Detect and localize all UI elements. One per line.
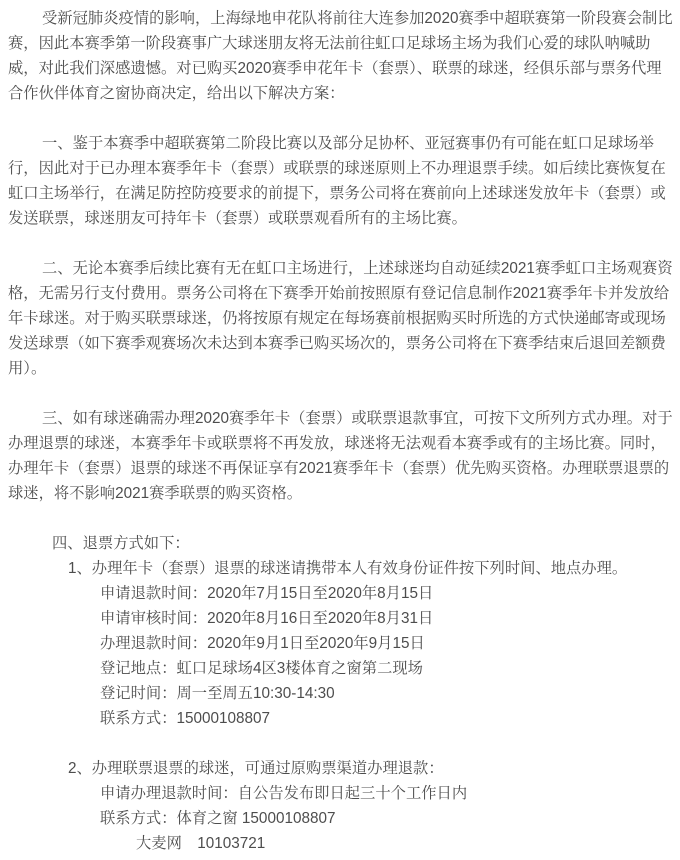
paragraph-item-two: 二、无论本赛季后续比赛有无在虹口主场进行，上述球迷均自动延续2021赛季虹口主场…: [8, 256, 672, 381]
refund-apply-period-2: 申请办理退款时间：自公告发布即日起三十个工作日内: [8, 781, 672, 806]
section-refund-methods: 四、退票方式如下： 1、办理年卡（套票）退票的球迷请携带本人有效身份证件按下列时…: [8, 531, 672, 856]
item-three-line-4: 球迷，将不影响2021赛季联票的购买资格。: [8, 481, 672, 506]
item-one-line-3: 虹口主场举行，在满足防控防疫要求的前提下，票务公司将在赛前向上述球迷发放年卡（套…: [8, 181, 672, 206]
intro-line-4: 合作伙伴体育之窗协商决定，给出以下解决方案：: [8, 81, 672, 106]
paragraph-intro: 受新冠肺炎疫情的影响，上海绿地申花队将前往大连参加2020赛季中超联赛第一阶段赛…: [8, 6, 672, 106]
contact-phone: 联系方式：15000108807: [8, 706, 672, 731]
announcement-document: 受新冠肺炎疫情的影响，上海绿地申花队将前往大连参加2020赛季中超联赛第一阶段赛…: [0, 0, 680, 860]
item-one-line-1: 一、鉴于本赛季中超联赛第二阶段比赛以及部分足协杯、亚冠赛事仍有可能在虹口足球场举: [8, 131, 672, 156]
item-three-line-2: 办理退票的球迷，本赛季年卡或联票将不再发放，球迷将无法观看本赛季或有的主场比赛。…: [8, 431, 672, 456]
review-period: 申请审核时间：2020年8月16日至2020年8月31日: [8, 606, 672, 631]
intro-line-1: 受新冠肺炎疫情的影响，上海绿地申花队将前往大连参加2020赛季中超联赛第一阶段赛…: [8, 6, 672, 31]
item-one-line-2: 行，因此对于已办理本赛季年卡（套票）或联票的球迷原则上不办理退票手续。如后续比赛…: [8, 156, 672, 181]
item-three-line-1: 三、如有球迷确需办理2020赛季年卡（套票）或联票退款事宜，可按下文所列方式办理…: [8, 406, 672, 431]
item-two-line-4: 发送球票（如下赛季观赛场次未达到本赛季已购买场次的，票务公司将在下赛季结束后退回…: [8, 331, 672, 356]
paragraph-item-three: 三、如有球迷确需办理2020赛季年卡（套票）或联票退款事宜，可按下文所列方式办理…: [8, 406, 672, 506]
intro-line-3: 威，对此我们深感遗憾。对已购买2020赛季申花年卡（套票）、联票的球迷，经俱乐部…: [8, 56, 672, 81]
item-one-line-4: 发送联票，球迷朋友可持年卡（套票）或联票观看所有的主场比赛。: [8, 206, 672, 231]
paragraph-item-one: 一、鉴于本赛季中超联赛第二阶段比赛以及部分足协杯、亚冠赛事仍有可能在虹口足球场举…: [8, 131, 672, 231]
sub-item-1-title: 1、办理年卡（套票）退票的球迷请携带本人有效身份证件按下列时间、地点办理。: [8, 556, 672, 581]
contact-damai: 大麦网 10103721: [8, 831, 672, 856]
registration-place: 登记地点：虹口足球场4区3楼体育之窗第二现场: [8, 656, 672, 681]
item-three-line-3: 办理年卡（套票）退票的球迷不再保证享有2021赛季年卡（套票）优先购买资格。办理…: [8, 456, 672, 481]
refund-apply-period: 申请退款时间：2020年7月15日至2020年8月15日: [8, 581, 672, 606]
registration-time: 登记时间：周一至周五10:30-14:30: [8, 681, 672, 706]
refund-process-period: 办理退款时间：2020年9月1日至2020年9月15日: [8, 631, 672, 656]
item-two-line-2: 格，无需另行支付费用。票务公司将在下赛季开始前按照原有登记信息制作2021赛季年…: [8, 281, 672, 306]
item-two-line-5: 用）。: [8, 356, 672, 381]
refund-methods-heading: 四、退票方式如下：: [8, 531, 672, 556]
item-two-line-3: 年卡球迷。对于购买联票球迷，仍将按原有规定在每场赛前根据购买时所选的方式快递邮寄…: [8, 306, 672, 331]
item-two-line-1: 二、无论本赛季后续比赛有无在虹口主场进行，上述球迷均自动延续2021赛季虹口主场…: [8, 256, 672, 281]
sub-item-2-title: 2、办理联票退票的球迷，可通过原购票渠道办理退款：: [8, 756, 672, 781]
intro-line-2: 赛，因此本赛季第一阶段赛事广大球迷朋友将无法前往虹口足球场主场为我们心爱的球队呐…: [8, 31, 672, 56]
contact-sportswindow: 联系方式：体育之窗 15000108807: [8, 806, 672, 831]
